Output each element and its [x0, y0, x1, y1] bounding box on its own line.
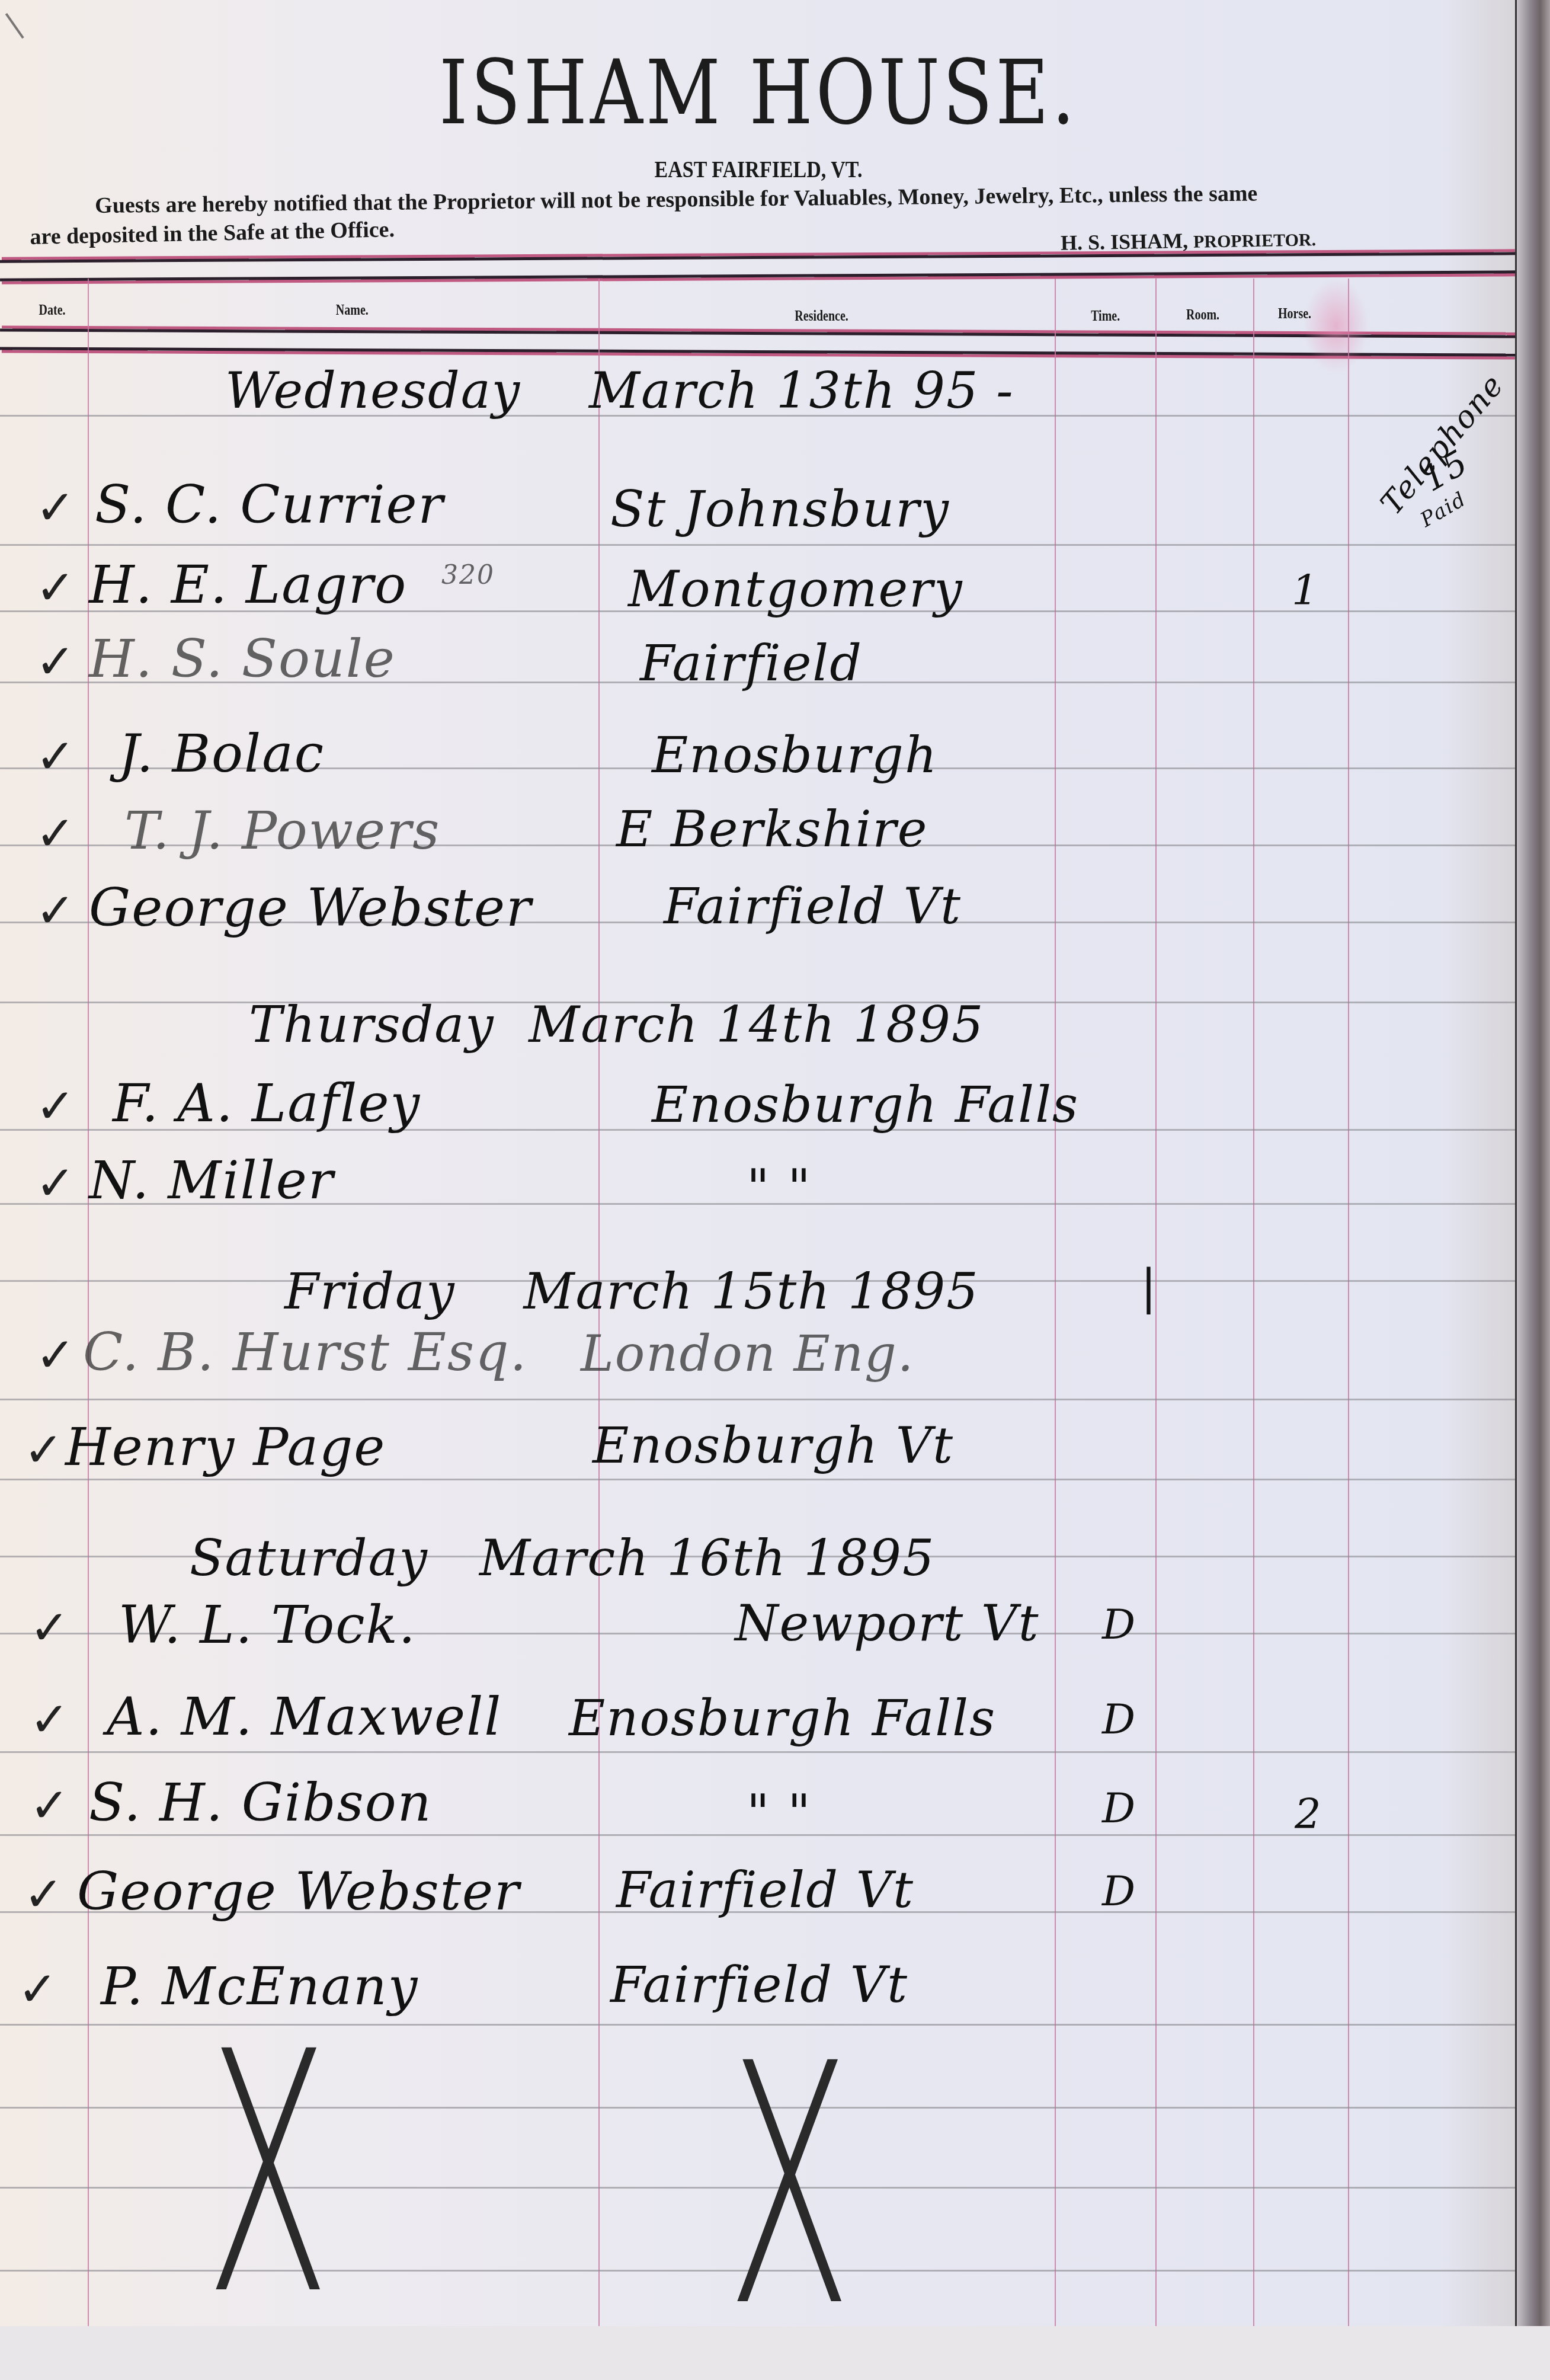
guest-name: N. Miller: [89, 1150, 334, 1211]
cancel-x-mark: X: [205, 2009, 330, 2326]
header-rule-top: [0, 252, 1517, 281]
time-mark: D: [1102, 1784, 1136, 1832]
guest-residence: Montgomery: [628, 560, 963, 618]
ruled-line: [0, 1479, 1517, 1480]
guest-name: H. S. Soule: [89, 628, 396, 689]
guest-name: A. M. Maxwell: [107, 1686, 502, 1747]
day-heading-wednesday: Wednesday March 13th 95 -: [225, 362, 1014, 420]
day-date: March 13th 95 -: [589, 362, 1014, 420]
check-mark-icon: ✓: [30, 1600, 71, 1655]
column-header-horse: Horse.: [1278, 306, 1311, 322]
guest-residence: Enosburgh Vt: [593, 1416, 954, 1474]
column-header-date: Date.: [39, 302, 66, 319]
check-mark-icon: ✓: [36, 1327, 76, 1383]
check-mark-icon: ✓: [36, 634, 76, 689]
guest-residence: Fairfield: [640, 634, 863, 692]
friday-tick-mark: |: [1141, 1259, 1158, 1314]
ruled-line: [0, 1751, 1517, 1753]
column-rule-room: [1253, 279, 1254, 2326]
check-mark-icon: ✓: [24, 1422, 65, 1477]
check-mark-icon: ✓: [36, 1156, 76, 1211]
liability-notice-line1: Guests are hereby notified that the Prop…: [95, 178, 1458, 219]
guest-residence: " ": [747, 1784, 812, 1842]
day-name: Thursday: [249, 996, 495, 1054]
day-name: Saturday: [190, 1529, 428, 1587]
guest-residence: London Eng.: [581, 1325, 915, 1383]
check-mark-icon: ✓: [24, 1867, 65, 1922]
check-mark-icon: ✓: [18, 1962, 59, 2017]
column-headers: Date. Name. Residence. Time. Room. Horse…: [0, 296, 1517, 332]
guest-name: George Webster: [89, 877, 532, 938]
time-mark: D: [1102, 1600, 1136, 1649]
guest-name: T. J. Powers: [124, 800, 440, 861]
column-header-name: Name.: [336, 302, 369, 319]
ruled-line: [0, 1399, 1517, 1400]
proprietor-name: H. S. ISHAM,: [1061, 229, 1189, 255]
proprietor-title: PROPRIETOR.: [1193, 230, 1317, 252]
register-page: ISHAM HOUSE. EAST FAIRFIELD, VT. Guests …: [0, 0, 1517, 2326]
hotel-name-title: ISHAM HOUSE.: [136, 41, 1380, 145]
day-name: Wednesday: [225, 362, 521, 420]
time-mark: D: [1102, 1695, 1136, 1744]
day-date: March 14th 1895: [529, 996, 984, 1054]
book-binding-edge: [1515, 0, 1550, 2326]
horse-count: 2: [1295, 1790, 1322, 1838]
guest-name: George Webster: [77, 1861, 520, 1922]
check-mark-icon: ✓: [36, 480, 76, 535]
corner-tear: [5, 3, 39, 39]
guest-name: W. L. Tock.: [119, 1594, 417, 1655]
hotel-location: EAST FAIRFIELD, VT.: [114, 155, 1403, 183]
day-name: Friday: [284, 1262, 456, 1320]
check-mark-icon: ✓: [36, 729, 76, 784]
day-heading-saturday: Saturday March 16th 1895: [190, 1529, 935, 1587]
cancel-x-mark: X: [726, 2021, 851, 2326]
time-mark: D: [1102, 1867, 1136, 1915]
guest-name: Henry Page: [65, 1416, 386, 1477]
column-header-room: Room.: [1186, 307, 1219, 324]
liability-notice-line2: are deposited in the Safe at the Office.: [30, 216, 395, 250]
guest-residence: E Berkshire: [616, 800, 928, 858]
column-rule-residence: [1055, 279, 1056, 2326]
day-date: March 15th 1895: [523, 1262, 979, 1320]
guest-name: S. C. Currier: [95, 474, 444, 535]
day-date: March 16th 1895: [479, 1529, 935, 1587]
guest-name: S. H. Gibson: [89, 1772, 432, 1833]
guest-name: C. B. Hurst Esq.: [83, 1322, 527, 1383]
proprietor-signature-line: H. S. ISHAM, PROPRIETOR.: [1061, 226, 1317, 255]
check-mark-icon: ✓: [36, 560, 76, 615]
day-heading-thursday: Thursday March 14th 1895: [249, 996, 985, 1054]
check-mark-icon: ✓: [36, 883, 76, 938]
check-mark-icon: ✓: [30, 1778, 71, 1833]
guest-name: H. E. Lagro: [89, 554, 407, 615]
guest-residence: " ": [747, 1159, 812, 1217]
column-header-time: Time.: [1091, 308, 1120, 325]
day-heading-friday: Friday March 15th 1895: [284, 1262, 979, 1320]
ruled-line: [0, 544, 1517, 546]
guest-residence: Fairfield Vt: [664, 877, 962, 935]
check-mark-icon: ✓: [36, 1079, 76, 1134]
guest-residence: Newport Vt: [735, 1594, 1039, 1652]
header-rule-bottom: [0, 328, 1517, 356]
guest-name: F. A. Lafley: [113, 1073, 421, 1134]
column-rule-horse: [1348, 279, 1349, 2326]
check-mark-icon: ✓: [36, 806, 76, 861]
guest-residence: Enosburgh Falls: [652, 1076, 1079, 1134]
guest-name: J. Bolac: [119, 723, 325, 784]
guest-residence: Enosburgh Falls: [569, 1689, 996, 1747]
check-mark-icon: ✓: [30, 1692, 71, 1747]
horse-count: 1: [1292, 566, 1320, 615]
guest-residence: Enosburgh: [652, 726, 938, 784]
column-header-residence: Residence.: [795, 308, 848, 325]
room-note: 320: [441, 560, 495, 590]
guest-residence: St Johnsbury: [610, 480, 950, 538]
guest-residence: Fairfield Vt: [616, 1861, 914, 1919]
